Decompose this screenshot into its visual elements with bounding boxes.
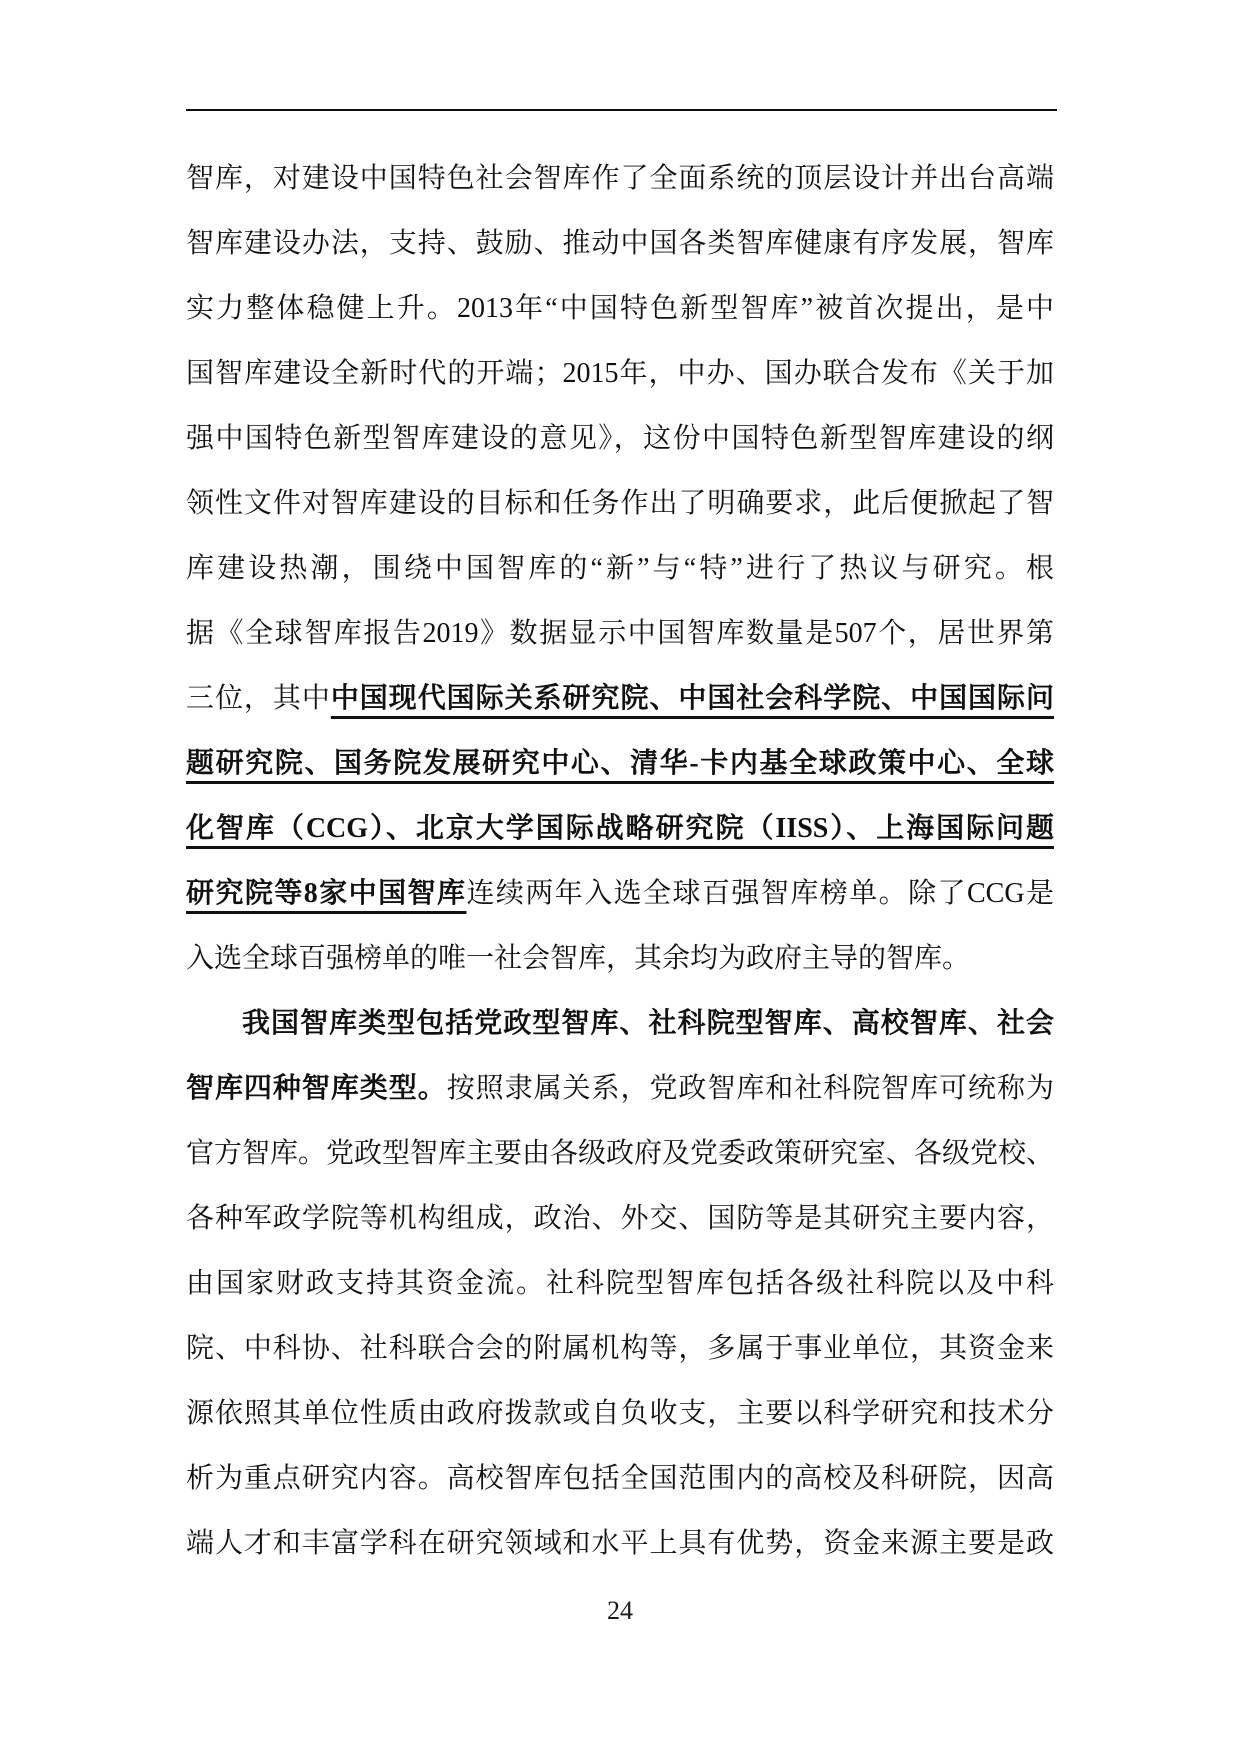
page-footer: 24 (186, 1596, 1054, 1626)
text-segment: 院、中科协、社科联合会的附属机构等，多属于事业单位，其资金来 (186, 1333, 1054, 1364)
text-line: 我国智库类型包括党政型智库、社科院型智库、高校智库、社会 (186, 991, 1054, 1056)
text-line: 强中国特色新型智库建设的意见》，这份中国特色新型智库建设的纲 (186, 406, 1054, 471)
header-divider (186, 109, 1057, 111)
text-line: 由国家财政支持其资金流。社科院型智库包括各级社科院以及中科 (186, 1251, 1054, 1316)
text-segment: 源依照其单位性质由政府拨款或自负收支，主要以科学研究和技术分 (186, 1398, 1054, 1429)
text-line: 智库，对建设中国特色社会智库作了全面系统的顶层设计并出台高端 (186, 146, 1054, 211)
paragraph: 智库，对建设中国特色社会智库作了全面系统的顶层设计并出台高端智库建设办法，支持、… (186, 146, 1054, 991)
text-line: 各种军政学院等机构组成，政治、外交、国防等是其研究主要内容， (186, 1186, 1054, 1251)
text-segment: 据《全球智库报告2019》数据显示中国智库数量是507个，居世界第 (186, 618, 1054, 649)
emphasis-segment: 我国智库类型包括党政型智库、社科院型智库、高校智库、社会 (242, 1008, 1054, 1039)
text-segment: 智库建设办法，支持、鼓励、推动中国各类智库健康有序发展，智库 (186, 228, 1054, 259)
document-page: 智库，对建设中国特色社会智库作了全面系统的顶层设计并出台高端智库建设办法，支持、… (0, 0, 1240, 1753)
text-segment: 国智库建设全新时代的开端；2015年，中办、国办联合发布《关于加 (186, 358, 1054, 389)
emphasis-segment: 中国现代国际关系研究院、中国社会科学院、中国国际问 (331, 683, 1054, 714)
text-line: 领性文件对智库建设的目标和任务作出了明确要求，此后便掀起了智 (186, 471, 1054, 536)
text-segment: 各种军政学院等机构组成，政治、外交、国防等是其研究主要内容， (186, 1203, 1054, 1234)
text-line: 题研究院、国务院发展研究中心、清华-卡内基全球政策中心、全球 (186, 731, 1054, 796)
text-line: 源依照其单位性质由政府拨款或自负收支，主要以科学研究和技术分 (186, 1381, 1054, 1446)
text-line: 库建设热潮，围绕中国智库的“新”与“特”进行了热议与研究。根 (186, 536, 1054, 601)
emphasis-segment: 研究院等8家中国智库 (186, 878, 466, 909)
emphasis-segment: 化智库（CCG）、北京大学国际战略研究院（IISS）、上海国际问题 (186, 813, 1054, 844)
text-line: 端人才和丰富学科在研究领域和水平上具有优势，资金来源主要是政 (186, 1511, 1054, 1576)
text-line: 智库四种智库类型。按照隶属关系，党政智库和社科院智库可统称为 (186, 1056, 1054, 1121)
document-body: 智库，对建设中国特色社会智库作了全面系统的顶层设计并出台高端智库建设办法，支持、… (186, 146, 1054, 1576)
text-segment: 三位，其中 (186, 683, 331, 714)
text-segment: 官方智库。党政型智库主要由各级政府及党委政策研究室、各级党校、 (186, 1138, 1054, 1169)
text-segment: 由国家财政支持其资金流。社科院型智库包括各级社科院以及中科 (186, 1268, 1054, 1299)
text-line: 实力整体稳健上升。2013年“中国特色新型智库”被首次提出，是中 (186, 276, 1054, 341)
text-segment: 入选全球百强榜单的唯一社会智库，其余均为政府主导的智库。 (186, 943, 970, 974)
text-segment: 领性文件对智库建设的目标和任务作出了明确要求，此后便掀起了智 (186, 488, 1054, 519)
text-segment: 连续两年入选全球百强智库榜单。除了CCG是 (466, 878, 1054, 909)
text-segment: 按照隶属关系，党政智库和社科院智库可统称为 (447, 1073, 1054, 1104)
text-line: 智库建设办法，支持、鼓励、推动中国各类智库健康有序发展，智库 (186, 211, 1054, 276)
text-line: 院、中科协、社科联合会的附属机构等，多属于事业单位，其资金来 (186, 1316, 1054, 1381)
text-line: 三位，其中中国现代国际关系研究院、中国社会科学院、中国国际问 (186, 666, 1054, 731)
paragraph: 我国智库类型包括党政型智库、社科院型智库、高校智库、社会智库四种智库类型。按照隶… (186, 991, 1054, 1576)
text-line: 入选全球百强榜单的唯一社会智库，其余均为政府主导的智库。 (186, 926, 1054, 991)
page-number: 24 (607, 1596, 633, 1625)
text-segment: 端人才和丰富学科在研究领域和水平上具有优势，资金来源主要是政 (186, 1528, 1054, 1559)
text-segment: 析为重点研究内容。高校智库包括全国范围内的高校及科研院，因高 (186, 1463, 1054, 1494)
text-segment: 库建设热潮，围绕中国智库的“新”与“特”进行了热议与研究。根 (186, 553, 1054, 584)
text-segment: 强中国特色新型智库建设的意见》，这份中国特色新型智库建设的纲 (186, 423, 1054, 454)
emphasis-segment: 题研究院、国务院发展研究中心、清华-卡内基全球政策中心、全球 (186, 748, 1054, 779)
emphasis-segment: 智库四种智库类型。 (186, 1073, 447, 1104)
text-line: 析为重点研究内容。高校智库包括全国范围内的高校及科研院，因高 (186, 1446, 1054, 1511)
text-line: 官方智库。党政型智库主要由各级政府及党委政策研究室、各级党校、 (186, 1121, 1054, 1186)
text-line: 研究院等8家中国智库连续两年入选全球百强智库榜单。除了CCG是 (186, 861, 1054, 926)
text-line: 国智库建设全新时代的开端；2015年，中办、国办联合发布《关于加 (186, 341, 1054, 406)
text-segment: 智库，对建设中国特色社会智库作了全面系统的顶层设计并出台高端 (186, 163, 1054, 194)
text-segment: 实力整体稳健上升。2013年“中国特色新型智库”被首次提出，是中 (186, 293, 1054, 324)
text-line: 化智库（CCG）、北京大学国际战略研究院（IISS）、上海国际问题 (186, 796, 1054, 861)
text-line: 据《全球智库报告2019》数据显示中国智库数量是507个，居世界第 (186, 601, 1054, 666)
